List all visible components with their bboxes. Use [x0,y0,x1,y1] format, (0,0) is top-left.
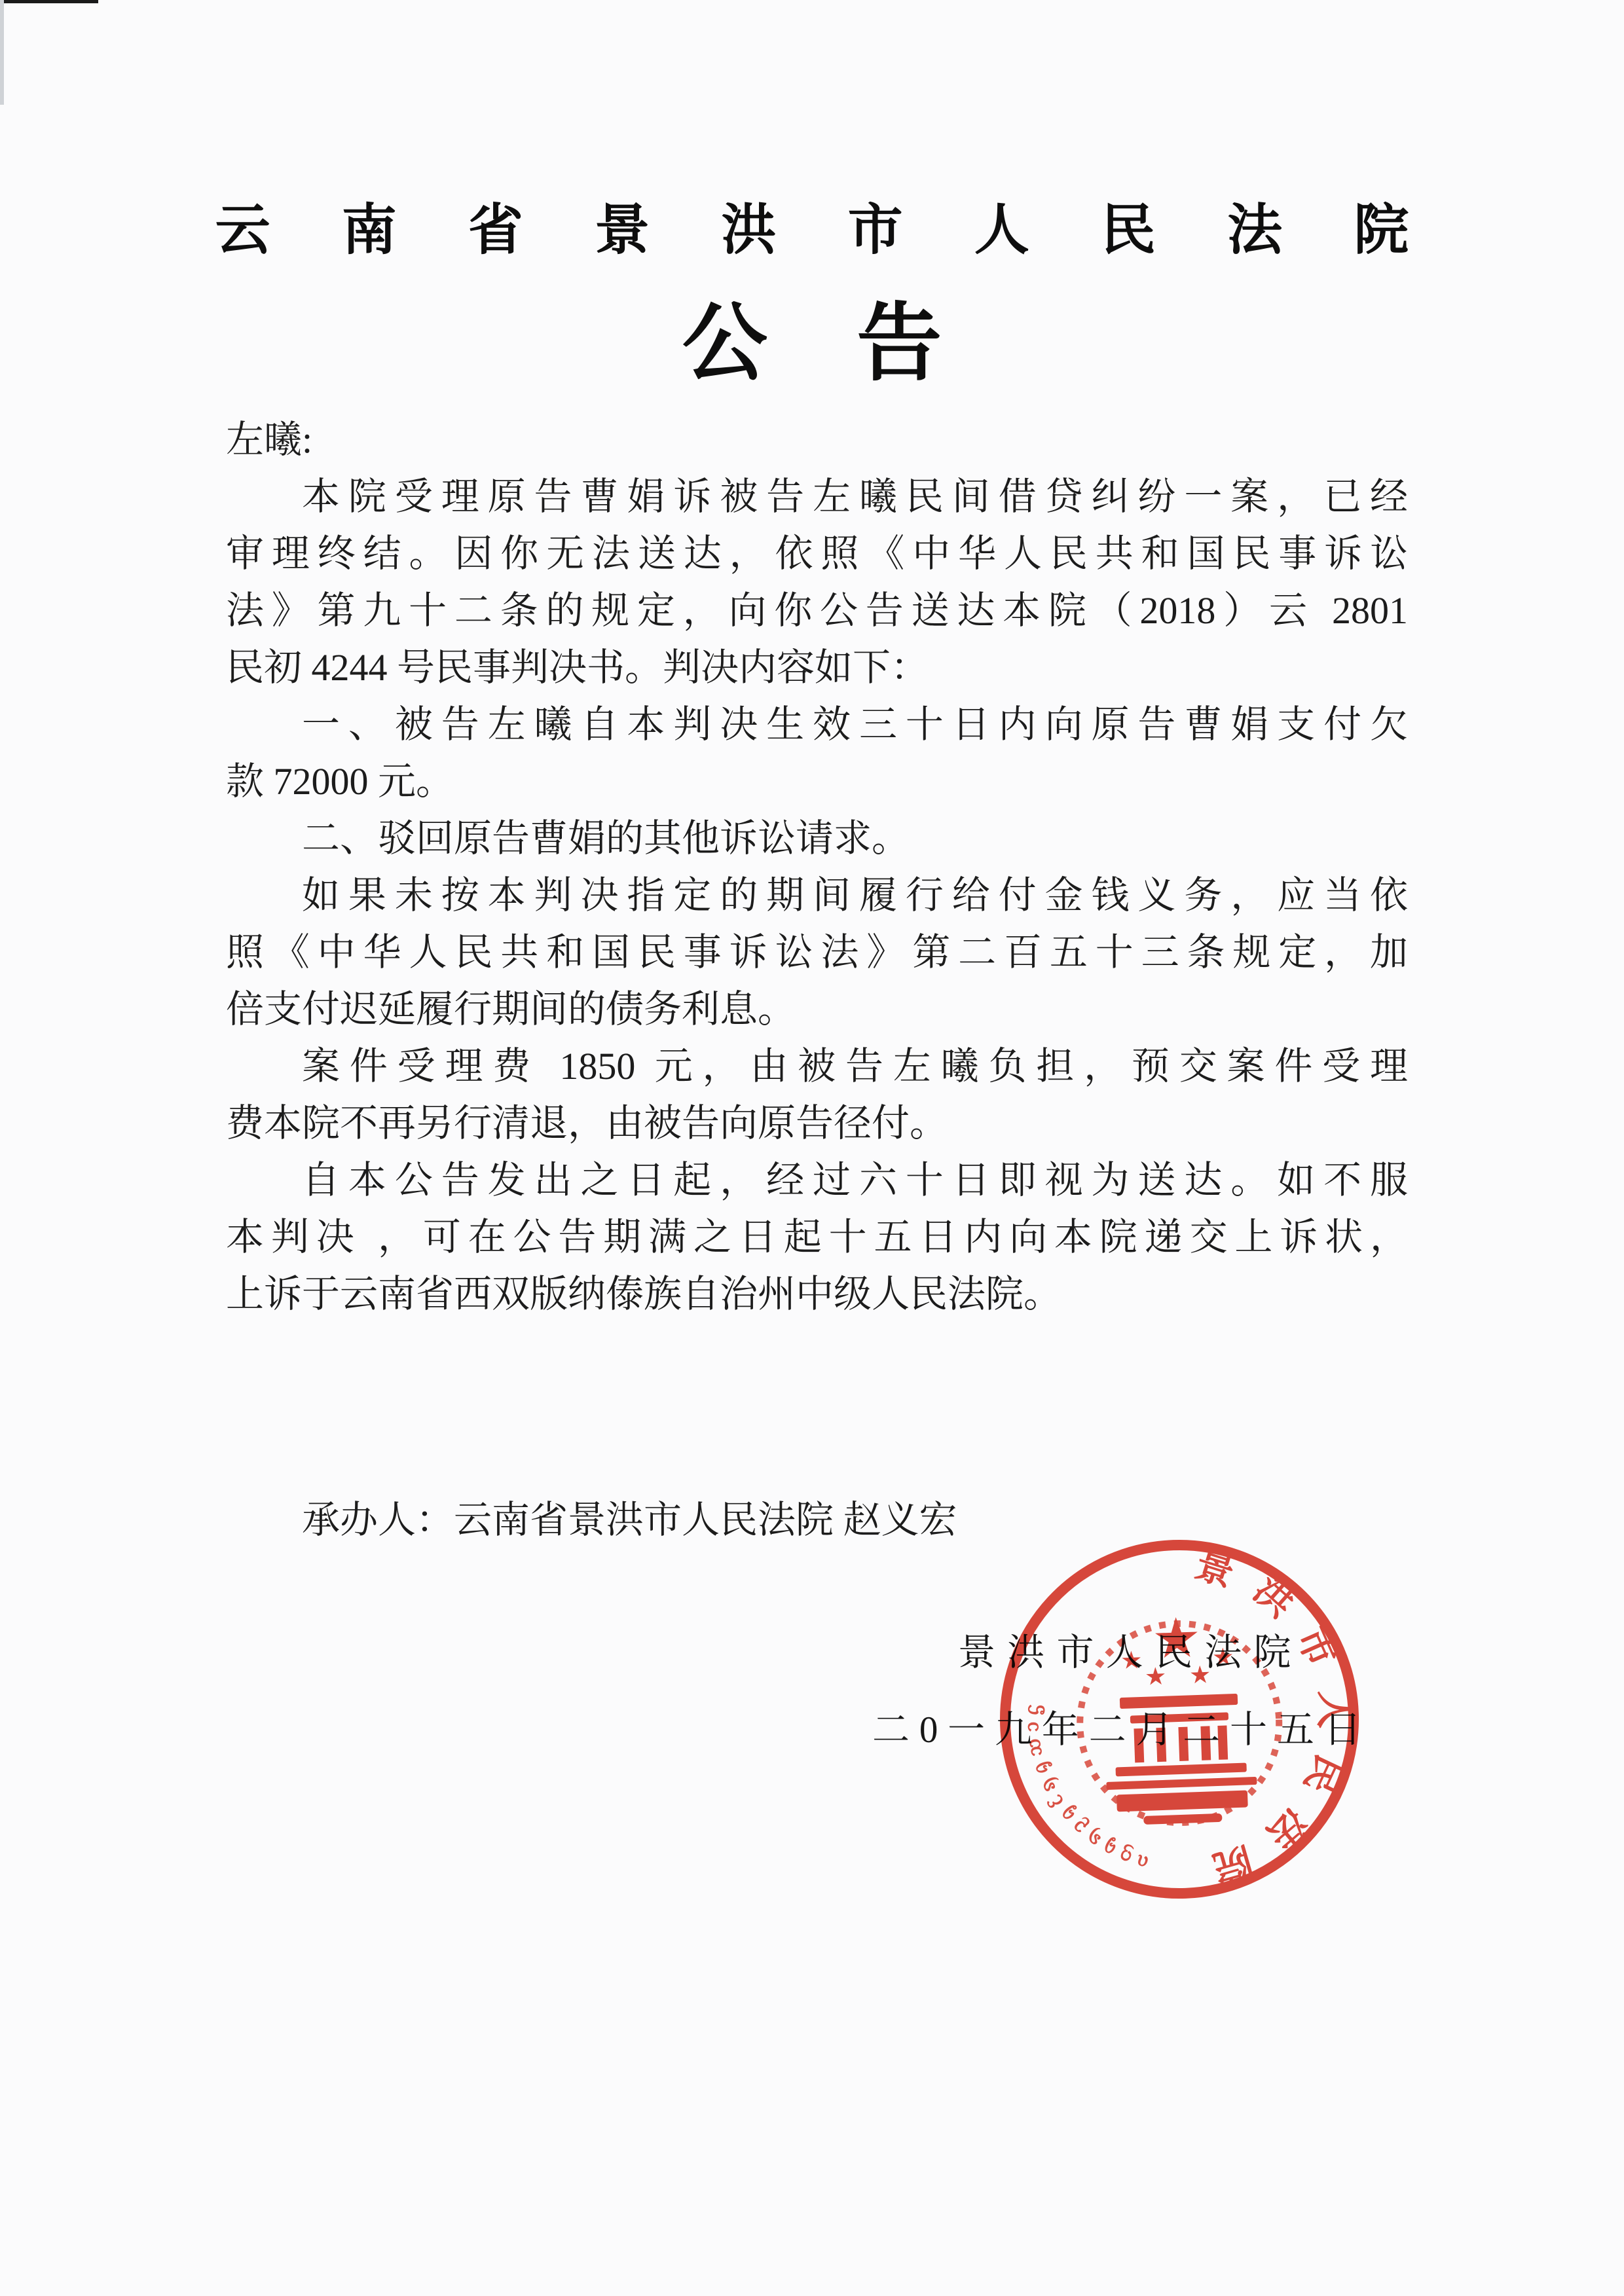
national-emblem-icon [1077,1614,1283,1827]
scan-artifact-left [0,0,4,105]
document-page: 云南省景洪市人民法院 公告 左曦: 本院受理原告曹娟诉被告左曦民间借贷纠纷一案，… [0,0,1624,2296]
body-line: 如果未按本判决指定的期间履行给付金钱义务，应当依 [226,867,1408,924]
body-line: 自本公告发出之日起，经过六十日即视为送达。如不服 [226,1152,1408,1209]
body-line: 上诉于云南省西双版纳傣族自治州中级人民法院。 [226,1266,1408,1322]
body-line: 费本院不再另行清退，由被告向原告径付。 [226,1095,1408,1152]
body-line: 本判决 ，可在公告期满之日起十五日内向本院递交上诉状， [226,1209,1408,1266]
body-line: 一、被告左曦自本判决生效三十日内向原告曹娟支付欠 [226,696,1408,753]
body-line: 二、驳回原告曹娟的其他诉讼请求。 [226,810,1408,867]
body-line: 款 72000 元。 [226,753,1408,810]
document-body: 左曦: 本院受理原告曹娟诉被告左曦民间借贷纠纷一案，已经 审理终结。因你无法送达… [226,411,1408,1548]
body-line: 照《中华人民共和国民事诉讼法》第二百五十三条规定，加 [226,924,1408,981]
court-name-header: 云南省景洪市人民法院 [0,186,1624,265]
body-line: 民初 4244 号民事判决书。判决内容如下： [226,639,1408,696]
scan-artifact-top [0,0,98,3]
official-seal: 景洪市人民法院 ᦵᦋᧂᦣᦳᧂᦷᦣᧂᦉᦱᧃ [984,1520,1375,1918]
body-line: 案件受理费 1850 元，由被告左曦负担，预交案件受理 [226,1038,1408,1095]
body-line: 审理终结。因你无法送达，依照《中华人民共和国民事诉讼 [226,525,1408,582]
body-line: 倍支付迟延履行期间的债务利息。 [226,981,1408,1038]
body-line: 法》第九十二条的规定，向你公告送达本院（2018）云 2801 [226,582,1408,639]
doc-title: 公告 [0,275,1624,397]
vertical-gap [226,1322,1408,1491]
body-line: 本院受理原告曹娟诉被告左曦民间借贷纠纷一案，已经 [226,468,1408,525]
salutation: 左曦: [226,411,1408,468]
